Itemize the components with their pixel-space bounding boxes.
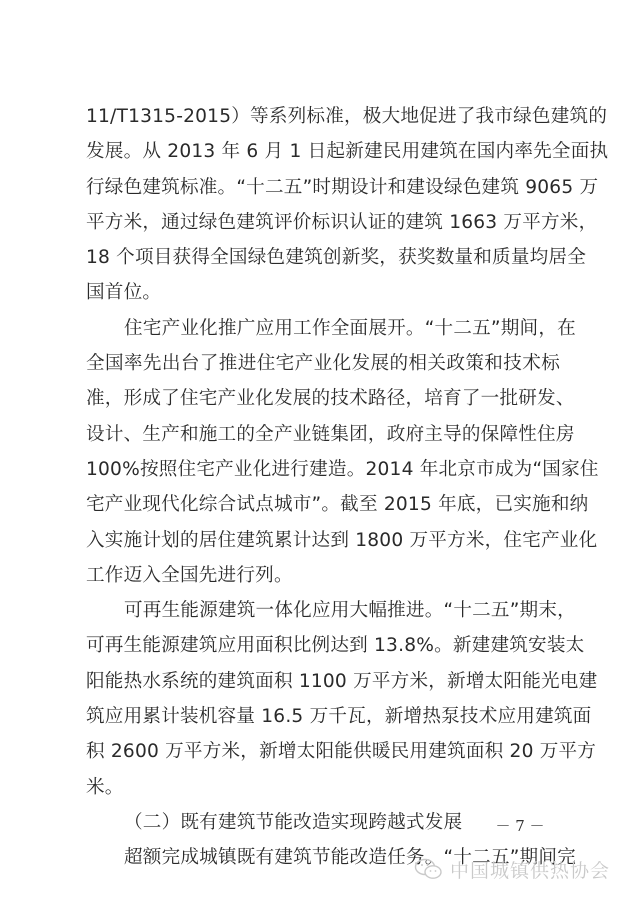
page-number: － 7 － xyxy=(480,815,560,836)
text-line: 18 个项目获得全国绿色建筑创新奖，获奖数量和质量均居全 xyxy=(86,240,560,275)
text-line: 积 2600 万平方米，新增太阳能供暖民用建筑面积 20 万平方 xyxy=(86,734,560,769)
wechat-icon xyxy=(414,857,444,881)
text-line: 筑应用累计装机容量 16.5 万千瓦，新增热泵技术应用建筑面 xyxy=(86,699,560,734)
text-line: 阳能热水系统的建筑面积 1100 万平方米，新增太阳能光电建 xyxy=(86,664,560,699)
text-line: 宅产业现代化综合试点城市”。截至 2015 年底，已实施和纳 xyxy=(86,487,560,522)
document-page: 11/T1315-2015）等系列标准，极大地促进了我市绿色建筑的 发展。从 2… xyxy=(86,99,560,876)
paragraph-start: 住宅产业化推广应用工作全面展开。“十二五”期间，在 xyxy=(86,311,560,346)
text-line: 设计、生产和施工的全产业链集团，政府主导的保障性住房 xyxy=(86,417,560,452)
watermark-text: 中国城镇供热协会 xyxy=(450,856,610,883)
text-line: 米。 xyxy=(86,770,560,805)
text-line: 11/T1315-2015）等系列标准，极大地促进了我市绿色建筑的 xyxy=(86,99,560,134)
text-line: 工作迈入全国先进行列。 xyxy=(86,558,560,593)
text-line: 准，形成了住宅产业化发展的技术路径，培育了一批研发、 xyxy=(86,381,560,416)
text-line: 行绿色建筑标准。“十二五”时期设计和建设绿色建筑 9065 万 xyxy=(86,170,560,205)
text-line: 100%按照住宅产业化进行建造。2014 年北京市成为“国家住 xyxy=(86,452,560,487)
paragraph-start: 可再生能源建筑一体化应用大幅推进。“十二五”期末， xyxy=(86,593,560,628)
text-line: 平方米，通过绿色建筑评价标识认证的建筑 1663 万平方米， xyxy=(86,205,560,240)
text-line: 入实施计划的居住建筑累计达到 1800 万平方米，住宅产业化 xyxy=(86,523,560,558)
text-line: 国首位。 xyxy=(86,275,560,310)
watermark: 中国城镇供热协会 xyxy=(414,856,610,882)
text-line: 全国率先出台了推进住宅产业化发展的相关政策和技术标 xyxy=(86,346,560,381)
text-line: 发展。从 2013 年 6 月 1 日起新建民用建筑在国内率先全面执 xyxy=(86,134,560,169)
text-line: 可再生能源建筑应用面积比例达到 13.8%。新建建筑安装太 xyxy=(86,628,560,663)
